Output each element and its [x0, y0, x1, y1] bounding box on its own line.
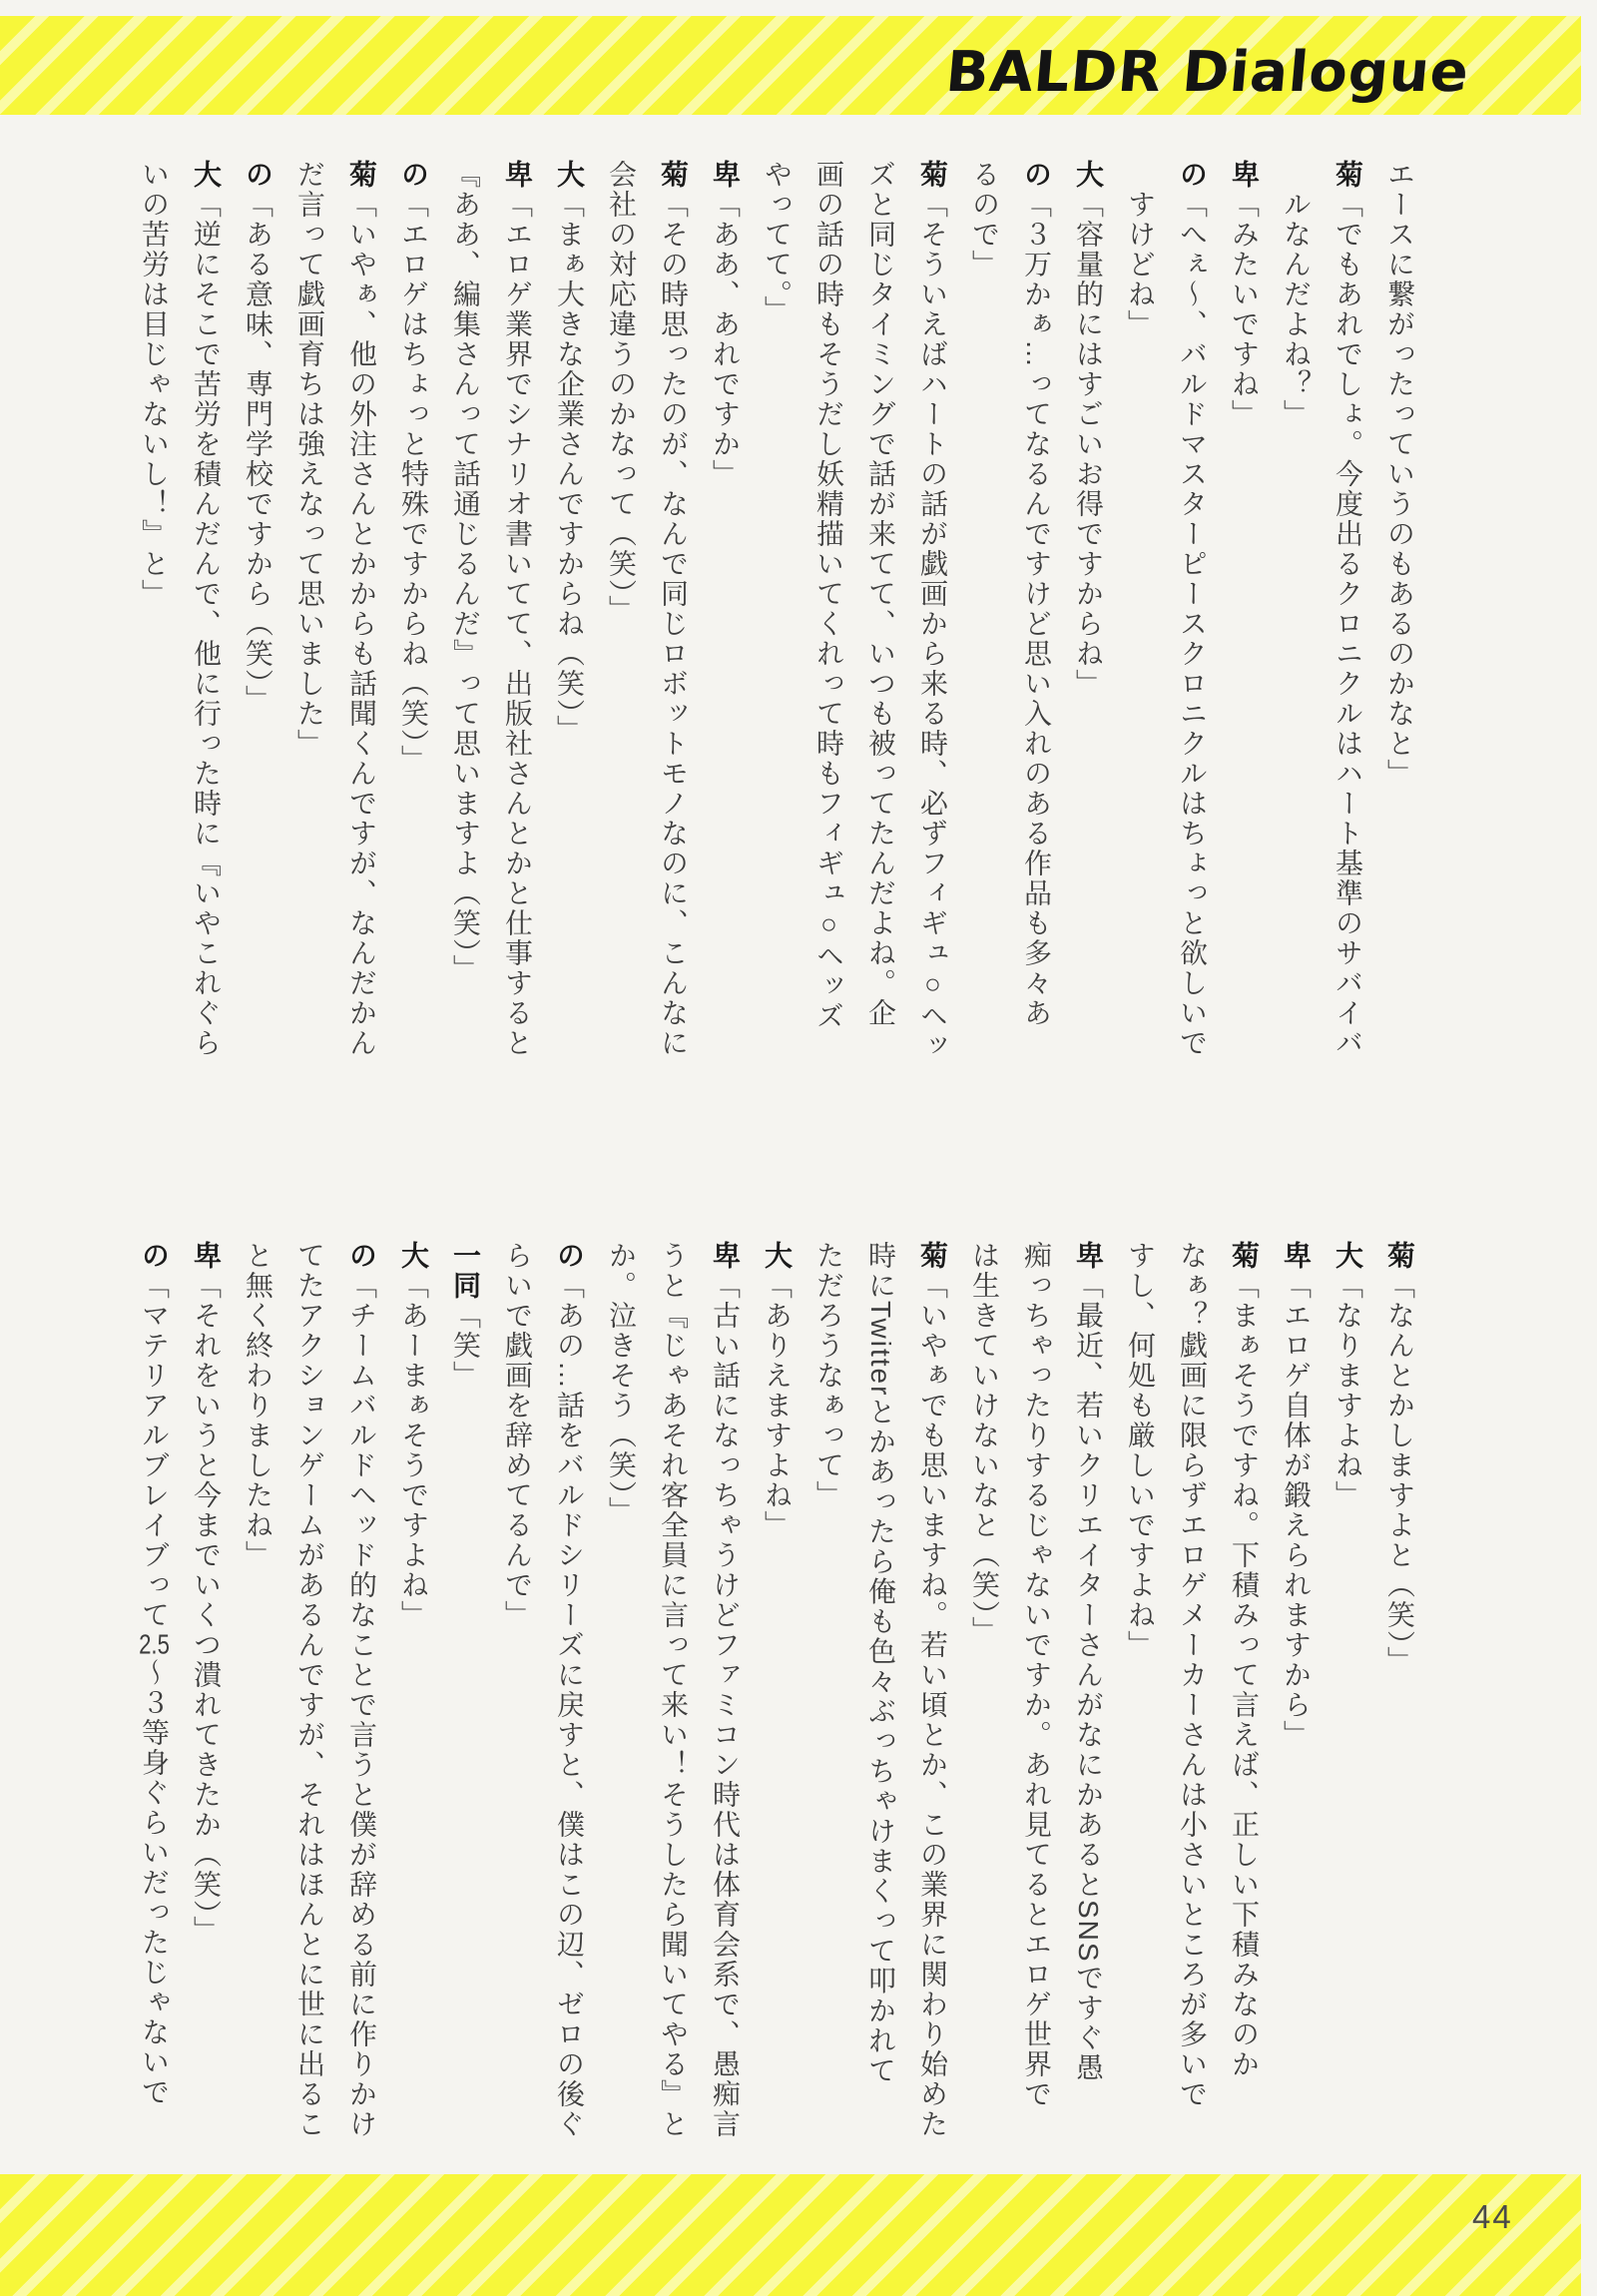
dialogue-column: やってて。」 [751, 160, 802, 1178]
bottom-stripe-banner [0, 2174, 1581, 2296]
dialogue-column: すけどね」 [1114, 160, 1166, 1178]
horizontal-in-vertical-number: 2.5 [139, 1630, 170, 1658]
speaker-label: の [243, 160, 273, 190]
speaker-label: の [398, 160, 429, 190]
dialogue-column: ルなんだよね？」 [1270, 160, 1322, 1178]
dialogue-column: 卑「みたいですね」 [1218, 160, 1270, 1178]
page-number: 44 [1472, 2198, 1513, 2236]
speaker-label: の [1177, 160, 1208, 190]
page-title: BALDR Dialogue [943, 40, 1472, 105]
dialogue-column: 卑「それをいうと今までいくつ潰れてきたか（笑）」 [180, 1241, 232, 2169]
dialogue-column: 『ああ、編集さんって話通じるんだ』って思いますよ（笑）」 [439, 160, 491, 1178]
dialogue-column: 菊「まぁそうですね。下積みって言えば、正しい下積みなのか [1218, 1241, 1270, 2169]
speaker-label: 菊 [658, 160, 689, 190]
dialogue-column: エースに繋がったっていうのもあるのかなと」 [1373, 160, 1425, 1178]
dialogue-column: 大「逆にそこで苦労を積んだんで、他に行った時に『いやこれぐら [180, 160, 232, 1178]
dialogue-column: てたアクションゲームがあるんですが、それはほんとに世に出るこ [283, 1241, 335, 2169]
speaker-label: 卑 [710, 160, 741, 190]
speaker-label: 卑 [191, 1241, 222, 1271]
dialogue-column: ただろうなぁって」 [802, 1241, 854, 2169]
dialogue-column: 菊「なんとかしますよと（笑）」 [1373, 1241, 1425, 2169]
speaker-label: 大 [1073, 160, 1104, 190]
speaker-label: 大 [554, 160, 585, 190]
dialogue-column: 菊「そういえばハートの話が戯画から来る時、必ずフィギュ○ヘッ [906, 160, 958, 1178]
dialogue-column: 大「容量的にはすごいお得ですからね」 [1062, 160, 1114, 1178]
dialogue-column: 菊「いやぁでも思いますね。若い頃とか、この業界に関わり始めた [906, 1241, 958, 2169]
dialogue-column: うと『じゃあそれ客全員に言って来い！そうしたら聞いてやる』と [647, 1241, 699, 2169]
dialogue-bottom-block: 菊「なんとかしますよと（笑）」大「なりますよね」卑「エロゲ自体が鍛えられますから… [128, 1241, 1425, 2169]
dialogue-column: と無く終わりましたね」 [232, 1241, 283, 2169]
speaker-label: の [1021, 160, 1052, 190]
dialogue-column: ズと同じタイミングで話が来てて、いつも被ってたんだよね。企 [854, 160, 906, 1178]
dialogue-column: 会社の対応違うのかなって（笑）」 [595, 160, 647, 1178]
dialogue-column: の「マテリアルブレイブって2.5～３等身ぐらいだったじゃないで [128, 1241, 180, 2169]
dialogue-column: 卑「古い話になっちゃうけどファミコン時代は体育会系で、愚痴言 [699, 1241, 751, 2169]
dialogue-column: 大「ありえますよね」 [751, 1241, 802, 2169]
speaker-label: 菊 [1229, 1241, 1260, 1271]
dialogue-column: だ言って戯画育ちは強えなって思いました」 [283, 160, 335, 1178]
speaker-label: 卑 [502, 160, 533, 190]
dialogue-column: 菊「その時思ったのが、なんで同じロボットモノなのに、こんなに [647, 160, 699, 1178]
speaker-label: の [139, 1241, 170, 1271]
dialogue-column: 菊「でもあれでしょ。今度出るクロニクルはハート基準のサバイバ [1322, 160, 1373, 1178]
dialogue-top-block: エースに繋がったっていうのもあるのかなと」菊「でもあれでしょ。今度出るクロニクル… [128, 160, 1425, 1178]
magazine-page: BALDR Dialogue エースに繋がったっていうのもあるのかなと」菊「でも… [0, 0, 1597, 2296]
dialogue-column: いの苦労は目じゃないし！』と」 [128, 160, 180, 1178]
dialogue-column: 卑「ああ、あれですか」 [699, 160, 751, 1178]
dialogue-column: 菊「いやぁ、他の外注さんとかからも話聞くんですが、なんだかん [335, 160, 387, 1178]
dialogue-column: の「チームバルドヘッド的なことで言うと僕が辞める前に作りかけ [335, 1241, 387, 2169]
dialogue-column: の「ある意味、専門学校ですから（笑）」 [232, 160, 283, 1178]
dialogue-column: 痴っちゃったりするじゃないですか。あれ見てるとエロゲ世界で [1010, 1241, 1062, 2169]
dialogue-column: すし、何処も厳しいですよね」 [1114, 1241, 1166, 2169]
speaker-label: 大 [762, 1241, 793, 1271]
dialogue-column: 卑「最近、若いクリエイターさんがなにかあるとSNSですぐ愚 [1062, 1241, 1114, 2169]
dialogue-column: 時にTwitterとかあったら俺も色々ぶっちゃけまくって叩かれて [854, 1241, 906, 2169]
dialogue-column: らいで戯画を辞めてるんで」 [491, 1241, 543, 2169]
dialogue-column: の「あの…話をバルドシリーズに戻すと、僕はこの辺、ゼロの後ぐ [543, 1241, 595, 2169]
dialogue-column: の「へぇ～、バルドマスターピースクロニクルはちょっと欲しいで [1166, 160, 1218, 1178]
speaker-label: 卑 [1073, 1241, 1104, 1271]
dialogue-column: るので」 [958, 160, 1010, 1178]
speaker-label: 菊 [1332, 160, 1363, 190]
dialogue-column: 大「なりますよね」 [1322, 1241, 1373, 2169]
dialogue-column: の「３万かぁ…ってなるんですけど思い入れのある作品も多々あ [1010, 160, 1062, 1178]
speaker-label: 菊 [346, 160, 377, 190]
dialogue-column: の「エロゲはちょっと特殊ですからね（笑）」 [387, 160, 439, 1178]
dialogue-column: なぁ？戯画に限らずエロゲメーカーさんは小さいところが多いで [1166, 1241, 1218, 2169]
speaker-label: 卑 [1281, 1241, 1312, 1271]
speaker-label: 菊 [917, 160, 948, 190]
dialogue-column: 画の話の時もそうだし妖精描いてくれって時もフィギュ○ヘッズ [802, 160, 854, 1178]
dialogue-column: 一同「笑」 [439, 1241, 491, 2169]
speaker-label: 大 [191, 160, 222, 190]
dialogue-column: は生きていけないなと（笑）」 [958, 1241, 1010, 2169]
dialogue-column: 卑「エロゲ業界でシナリオ書いてて、出版社さんとかと仕事すると [491, 160, 543, 1178]
dialogue-column: 大「まぁ大きな企業さんですからね（笑）」 [543, 160, 595, 1178]
speaker-label: 一同 [450, 1241, 481, 1301]
speaker-label: 菊 [1384, 1241, 1415, 1271]
speaker-label: 大 [1332, 1241, 1363, 1271]
dialogue-column: か。泣きそう（笑）」 [595, 1241, 647, 2169]
speaker-label: の [554, 1241, 585, 1271]
speaker-label: の [346, 1241, 377, 1271]
speaker-label: 菊 [917, 1241, 948, 1271]
speaker-label: 卑 [710, 1241, 741, 1271]
speaker-label: 大 [398, 1241, 429, 1271]
dialogue-column: 卑「エロゲ自体が鍛えられますから」 [1270, 1241, 1322, 2169]
speaker-label: 卑 [1229, 160, 1260, 190]
dialogue-column: 大「あーまぁそうですよね」 [387, 1241, 439, 2169]
